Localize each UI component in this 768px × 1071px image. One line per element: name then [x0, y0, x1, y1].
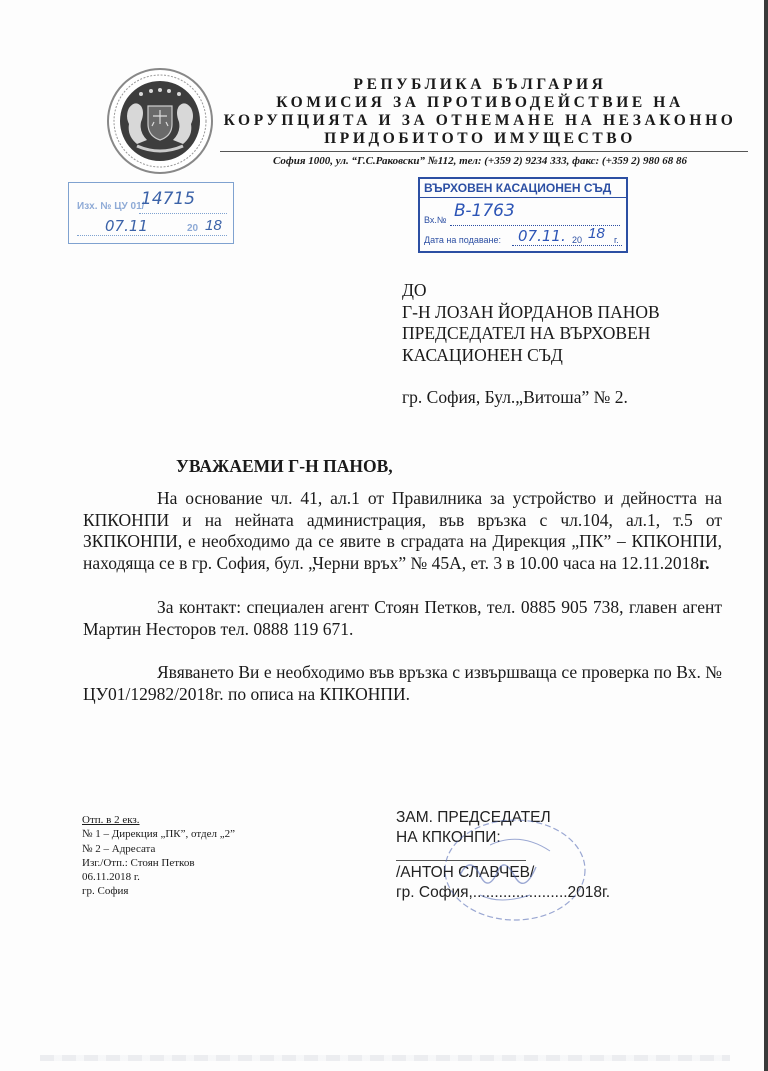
- outgoing-stamp-date: 07.11: [105, 217, 148, 235]
- incoming-stamp-number-label: Вх.№: [424, 215, 447, 225]
- recipient-line: Г-Н ЛОЗАН ЙОРДАНОВ ПАНОВ: [402, 302, 732, 324]
- dotted-line: [512, 245, 622, 246]
- incoming-stamp-year: 18: [588, 225, 605, 242]
- recipient-address: гр. София, Бул.„Витоша” № 2.: [402, 387, 732, 409]
- body-paragraph: Явяването Ви е необходимо във връзка с и…: [83, 662, 722, 705]
- signature-line: [396, 860, 526, 861]
- recipient-line: КАСАЦИОНЕН СЪД: [402, 345, 732, 367]
- incoming-stamp-number: B-1763: [454, 201, 515, 221]
- outgoing-stamp-label: Изх. № ЦУ 01/: [77, 201, 144, 212]
- body-paragraph-suffix: г.: [699, 553, 709, 573]
- stamp-divider: [420, 197, 626, 198]
- copies-line: № 2 – Адресата: [82, 842, 235, 856]
- letterhead-line: РЕПУБЛИКА БЪЛГАРИЯ: [210, 76, 750, 94]
- letterhead-divider: [220, 151, 748, 152]
- copies-line: 06.11.2018 г.: [82, 870, 235, 884]
- recipient-line: ПРЕДСЕДАТЕЛ НА ВЪРХОВЕН: [402, 323, 732, 345]
- body-paragraph: За контакт: специален агент Стоян Петков…: [83, 597, 722, 640]
- recipient-line: ДО: [402, 280, 732, 302]
- letterhead-address: София 1000, ул. “Г.С.Раковски” №112, тел…: [210, 155, 750, 167]
- letterhead-line: КОМИСИЯ ЗА ПРОТИВОДЕЙСТВИЕ НА: [210, 94, 750, 112]
- coat-of-arms-seal-icon: [103, 66, 217, 176]
- signatory-title: ЗАМ. ПРЕДСЕДАТЕЛ: [396, 808, 636, 828]
- recipient-block: ДО Г-Н ЛОЗАН ЙОРДАНОВ ПАНОВ ПРЕДСЕДАТЕЛ …: [402, 280, 732, 409]
- incoming-registration-stamp: ВЪРХОВЕН КАСАЦИОНЕН СЪД Вх.№ B-1763 Дата…: [418, 177, 628, 253]
- outgoing-stamp-year: 18: [205, 217, 222, 234]
- copies-line: Изг./Отп.: Стоян Петков: [82, 856, 235, 870]
- incoming-stamp-title: ВЪРХОВЕН КАСАЦИОНЕН СЪД: [424, 181, 611, 195]
- outgoing-stamp-year-prefix: 20: [187, 223, 198, 234]
- letterhead-line: ПРИДОБИТОТО ИМУЩЕСТВО: [210, 130, 750, 148]
- incoming-stamp-date: 07.11.: [518, 227, 566, 245]
- incoming-stamp-date-label: Дата на подаване:: [424, 235, 501, 245]
- page-edge: [764, 0, 768, 1071]
- copies-line: гр. София: [82, 884, 235, 898]
- body-paragraph-text: На основание чл. 41, ал.1 от Правилника …: [83, 488, 722, 573]
- copies-title: Отп. в 2 екз.: [82, 813, 235, 827]
- incoming-stamp-year-prefix: 20: [572, 235, 582, 245]
- bleed-through-text: [40, 1055, 730, 1061]
- signatory-title: НА КПКОНПИ:: [396, 828, 636, 848]
- dotted-line: [77, 235, 227, 236]
- body-paragraph: На основание чл. 41, ал.1 от Правилника …: [83, 488, 722, 575]
- signature-place-date: гр. София,......................2018г.: [396, 883, 636, 903]
- copies-note: Отп. в 2 екз. № 1 – Дирекция „ПК”, отдел…: [82, 813, 235, 899]
- dotted-line: [139, 213, 227, 214]
- outgoing-stamp-number: 14715: [141, 189, 195, 209]
- letterhead: РЕПУБЛИКА БЪЛГАРИЯ КОМИСИЯ ЗА ПРОТИВОДЕЙ…: [210, 76, 750, 167]
- greeting: УВАЖАЕМИ Г-Н ПАНОВ,: [176, 456, 393, 477]
- letterhead-line: КОРУПЦИЯТА И ЗА ОТНЕМАНЕ НА НЕЗАКОННО: [210, 112, 750, 130]
- signatory-name: /АНТОН СЛАВЧЕВ/: [396, 863, 636, 883]
- copies-line: № 1 – Дирекция „ПК”, отдел „2”: [82, 827, 235, 841]
- signature-block: ЗАМ. ПРЕДСЕДАТЕЛ НА КПКОНПИ: /АНТОН СЛАВ…: [396, 808, 636, 903]
- outgoing-registration-stamp: Изх. № ЦУ 01/ 14715 07.11 20 18: [68, 182, 234, 244]
- incoming-stamp-year-end: г.: [614, 235, 619, 245]
- letter-body: На основание чл. 41, ал.1 от Правилника …: [83, 488, 722, 728]
